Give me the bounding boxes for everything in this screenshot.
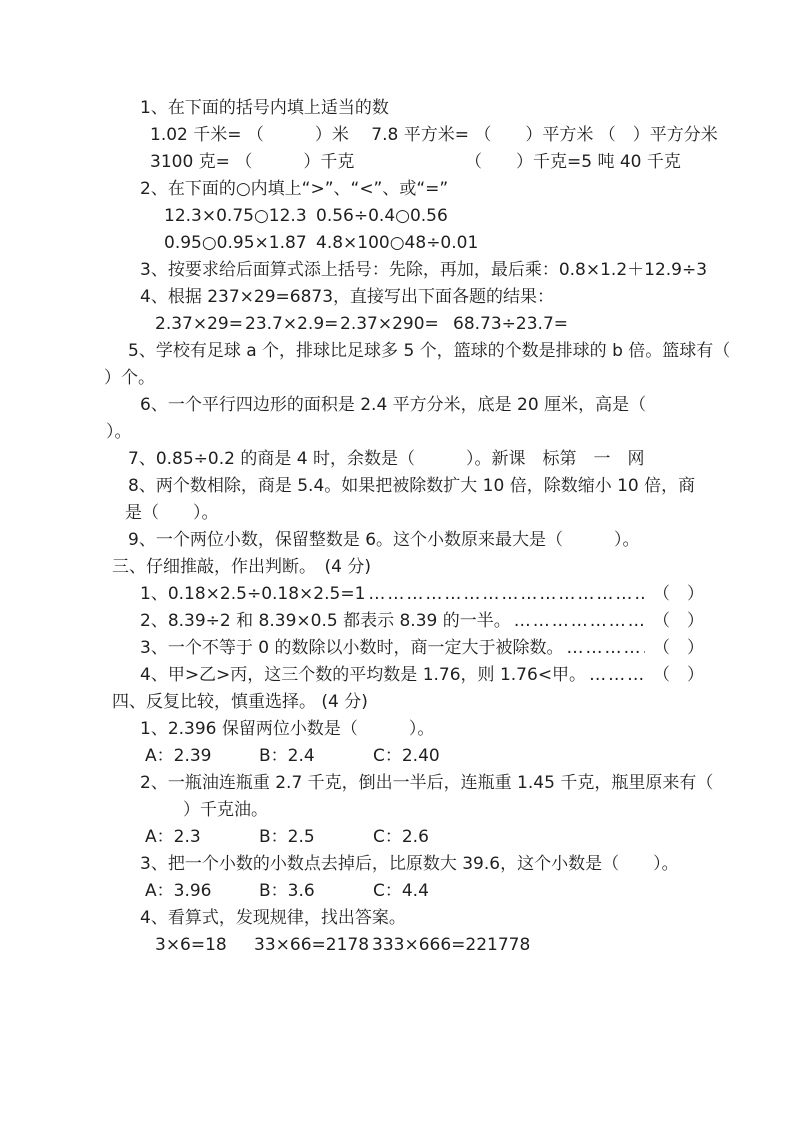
fill-2-row-2-col: 4.8×100○48÷0.01 xyxy=(316,230,478,257)
choice-2-prompt: 2、一瓶油连瓶重 2.7 千克，倒出一半后，连瓶重 1.45 千克，瓶里原来有（ xyxy=(140,770,704,797)
choice-1-options-col: C：2.40 xyxy=(373,743,487,770)
fill-2-prompt: 2、在下面的○内填上“>”、“<”、或“=” xyxy=(140,176,704,203)
judge-1: 1、0.18×2.5÷0.18×2.5=1（ ） xyxy=(140,581,704,608)
choice-3-prompt: 3、把一个小数的小数点去掉后，比原数大 39.6，这个小数是（ ）。 xyxy=(140,851,704,878)
fill-9: 9、一个两位小数，保留整数是 6。这个小数原来最大是（ ）。 xyxy=(128,527,704,554)
answer-parentheses: （ ） xyxy=(648,608,704,635)
judge-1-statement: 1、0.18×2.5÷0.18×2.5=1 xyxy=(140,581,365,608)
fill-1-row-1: 1.02 千米= （ ）米 7.8 平方米= （ ）平方米 （ ）平方分米 xyxy=(150,122,704,149)
judge-2-statement: 2、8.39÷2 和 8.39×0.5 都表示 8.39 的一半。 xyxy=(140,608,511,635)
section-3-heading: 三、仔细推敲，作出判断。 (4 分) xyxy=(112,554,704,581)
choice-1-options-col: B：2.4 xyxy=(259,743,373,770)
choice-4-pattern-col: 33×66=2178 xyxy=(254,932,372,959)
fill-8: 8、两个数相除，商是 5.4。如果把被除数扩大 10 倍，除数缩小 10 倍，商 xyxy=(128,473,704,500)
choice-3-options-col: C：4.4 xyxy=(373,878,487,905)
dotted-leader xyxy=(589,662,645,689)
dotted-leader xyxy=(368,581,645,608)
fill-5: 5、学校有足球 a 个，排球比足球多 5 个，篮球的个数是排球的 b 倍。篮球有… xyxy=(128,338,704,365)
fill-1-row-2: 3100 克= （ ）千克（ ）千克=5 吨 40 千克 xyxy=(150,149,704,176)
fill-6: 6、一个平行四边形的面积是 2.4 平方分米，底是 20 厘米，高是（ xyxy=(140,392,704,419)
fill-4-row: 2.37×29=23.7×2.9=2.37×290=68.73÷23.7= xyxy=(155,311,704,338)
fill-4-row-col: 23.7×2.9= xyxy=(245,311,340,338)
fill-4-row-col: 2.37×29= xyxy=(155,311,245,338)
fill-3: 3、按要求给后面算式添上括号：先除，再加，最后乘：0.8×1.2＋12.9÷3 xyxy=(140,257,704,284)
fill-1-row-2-col: 3100 克= （ ）千克 xyxy=(150,149,465,176)
worksheet-page: 1、在下面的括号内填上适当的数1.02 千米= （ ）米 7.8 平方米= （ … xyxy=(0,0,793,1122)
fill-6-cont: ）。 xyxy=(106,419,704,446)
choice-1-options: A：2.39B：2.4C：2.40 xyxy=(145,743,704,770)
answer-parentheses: （ ） xyxy=(648,662,704,689)
fill-4-row-col: 2.37×290= xyxy=(340,311,453,338)
fill-2-row-1-col: 12.3×0.75○12.3 xyxy=(164,203,316,230)
fill-2-row-2-col: 0.95○0.95×1.87 xyxy=(164,230,316,257)
choice-1-prompt: 1、2.396 保留两位小数是（ ）。 xyxy=(140,716,704,743)
fill-8-cont: 是（ ）。 xyxy=(125,500,704,527)
fill-4-row-col: 68.73÷23.7= xyxy=(453,311,568,338)
choice-4-pattern-col: 333×666=221778 xyxy=(372,932,530,959)
worksheet-content: 1、在下面的括号内填上适当的数1.02 千米= （ ）米 7.8 平方米= （ … xyxy=(104,95,704,959)
choice-4-pattern: 3×6=1833×66=2178333×666=221778 xyxy=(155,932,704,959)
choice-4-pattern-col: 3×6=18 xyxy=(155,932,254,959)
section-4-heading: 四、反复比较，慎重选择。 (4 分) xyxy=(112,689,704,716)
choice-3-options-col: B：3.6 xyxy=(259,878,373,905)
judge-3-statement: 3、一个不等于 0 的数除以小数时，商一定大于被除数。 xyxy=(140,635,563,662)
choice-2-options-col: A：2.3 xyxy=(145,824,259,851)
choice-1-options-col: A：2.39 xyxy=(145,743,259,770)
choice-3-options: A：3.96B：3.6C：4.4 xyxy=(145,878,704,905)
fill-2-row-2: 0.95○0.95×1.874.8×100○48÷0.01 xyxy=(164,230,704,257)
fill-5-cont: ）个。 xyxy=(104,365,704,392)
answer-parentheses: （ ） xyxy=(648,635,704,662)
choice-2-cont: ）千克油。 xyxy=(183,797,704,824)
fill-1-row-2-col: （ ）千克=5 吨 40 千克 xyxy=(465,149,681,176)
judge-3: 3、一个不等于 0 的数除以小数时，商一定大于被除数。（ ） xyxy=(140,635,704,662)
choice-2-options-col: B：2.5 xyxy=(259,824,373,851)
dotted-leader xyxy=(514,608,645,635)
judge-4: 4、甲>乙>丙，这三个数的平均数是 1.76，则 1.76<甲。（ ） xyxy=(140,662,704,689)
choice-2-options: A：2.3B：2.5C：2.6 xyxy=(145,824,704,851)
judge-2: 2、8.39÷2 和 8.39×0.5 都表示 8.39 的一半。（ ） xyxy=(140,608,704,635)
choice-3-options-col: A：3.96 xyxy=(145,878,259,905)
fill-2-row-1-col: 0.56÷0.4○0.56 xyxy=(316,203,468,230)
dotted-leader xyxy=(566,635,645,662)
judge-4-statement: 4、甲>乙>丙，这三个数的平均数是 1.76，则 1.76<甲。 xyxy=(140,662,586,689)
answer-parentheses: （ ） xyxy=(648,581,704,608)
choice-2-options-col: C：2.6 xyxy=(373,824,487,851)
fill-7: 7、0.85÷0.2 的商是 4 时，余数是（ ）。新课 标第 一 网 xyxy=(128,446,704,473)
fill-4-prompt: 4、根据 237×29=6873，直接写出下面各题的结果： xyxy=(140,284,704,311)
fill-2-row-1: 12.3×0.75○12.30.56÷0.4○0.56 xyxy=(164,203,704,230)
fill-1-prompt: 1、在下面的括号内填上适当的数 xyxy=(140,95,704,122)
choice-4-prompt: 4、看算式，发现规律，找出答案。 xyxy=(140,905,704,932)
